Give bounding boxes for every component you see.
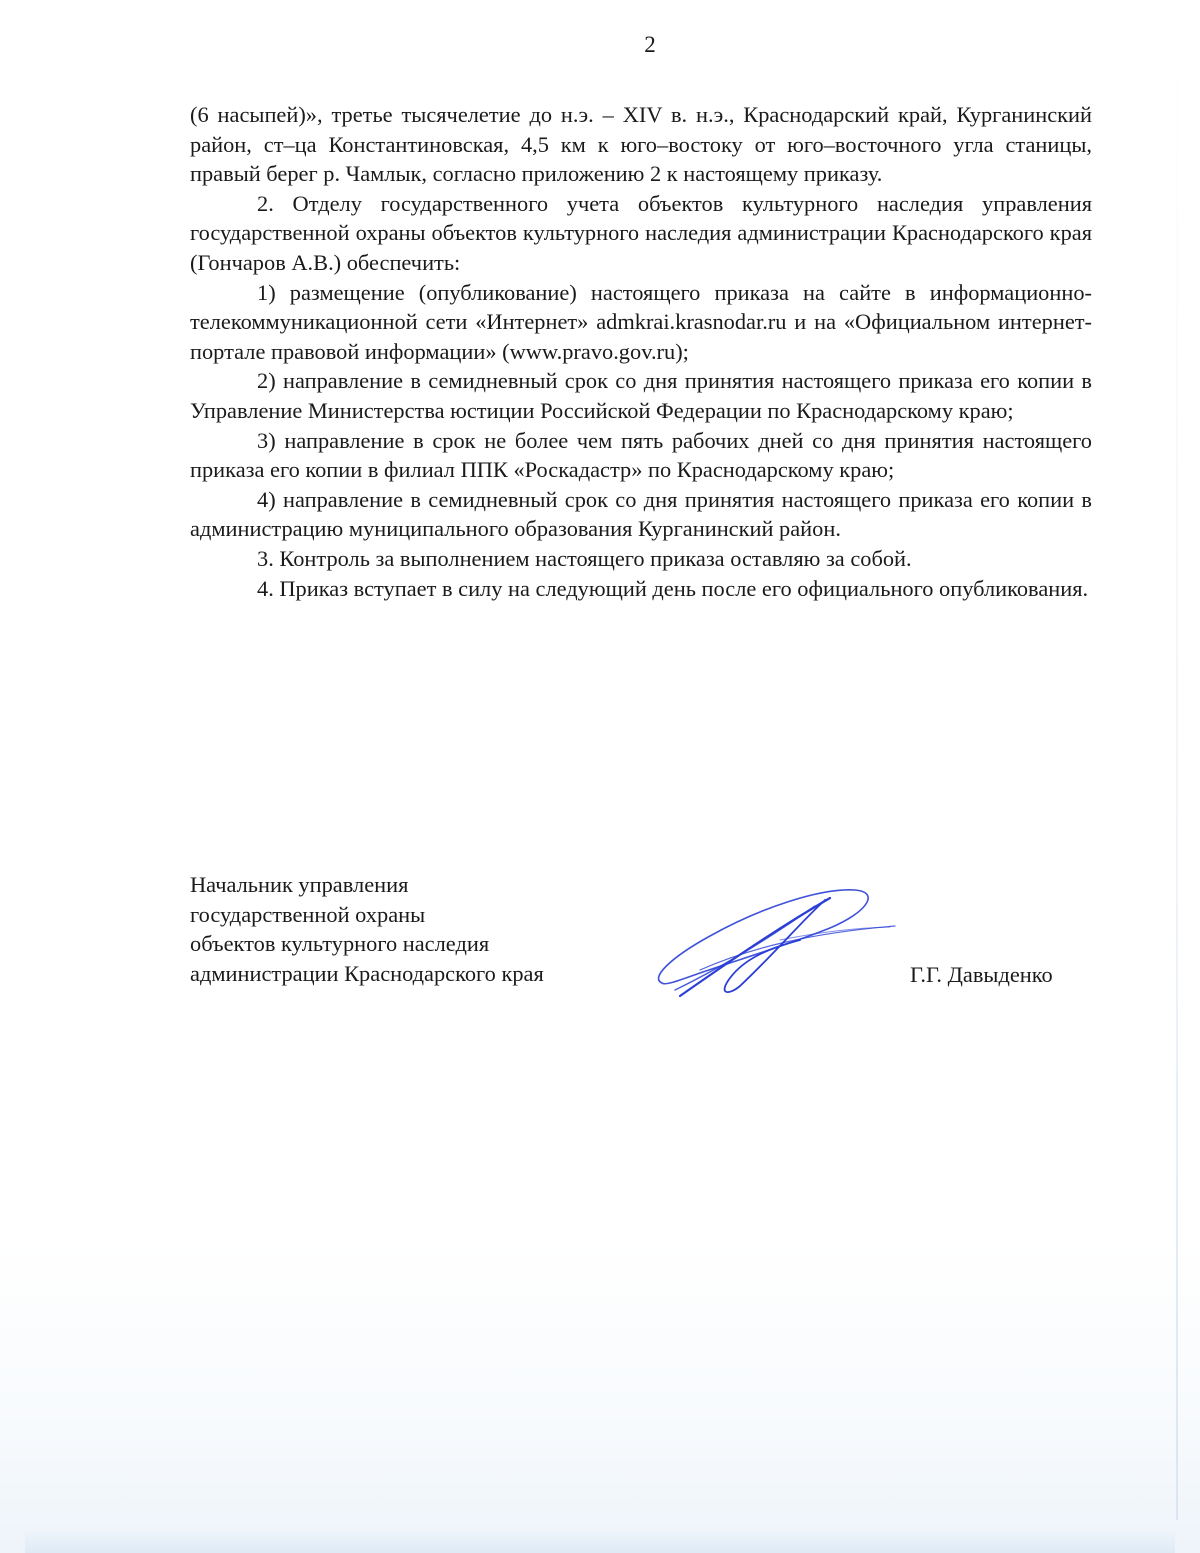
paragraph-subitem-1: 1) размещение (опубликование) настоящего… xyxy=(190,278,1092,367)
paragraph-item-3: 3. Контроль за выполнением настоящего пр… xyxy=(190,544,1092,574)
order-body: (6 насыпей)», третье тысячелетие до н.э.… xyxy=(190,100,1092,603)
signatory-name: Г.Г. Давыденко xyxy=(910,960,1053,990)
signatory-title-line: администрации Краснодарского края xyxy=(190,959,544,989)
paragraph-subitem-3: 3) направление в срок не более чем пять … xyxy=(190,426,1092,485)
signatory-title-line: государственной охраны xyxy=(190,900,544,930)
paragraph-item-2: 2. Отделу государственного учета объекто… xyxy=(190,189,1092,278)
signatory-title-line: объектов культурного наследия xyxy=(190,929,544,959)
paragraph-object-description: (6 насыпей)», третье тысячелетие до н.э.… xyxy=(190,100,1092,189)
paragraph-item-4: 4. Приказ вступает в силу на следующий д… xyxy=(190,574,1092,604)
scan-edge-shadow xyxy=(1176,40,1178,1520)
scan-bottom-shadow xyxy=(25,1531,1175,1553)
handwritten-signature-icon xyxy=(640,878,900,1003)
signatory-title-line: Начальник управления xyxy=(190,870,544,900)
paragraph-subitem-4: 4) направление в семидневный срок со дня… xyxy=(190,485,1092,544)
signatory-title: Начальник управления государственной охр… xyxy=(190,870,544,988)
document-page: 2 (6 насыпей)», третье тысячелетие до н.… xyxy=(0,0,1200,1553)
paragraph-subitem-2: 2) направление в семидневный срок со дня… xyxy=(190,366,1092,425)
page-number: 2 xyxy=(0,30,1200,60)
